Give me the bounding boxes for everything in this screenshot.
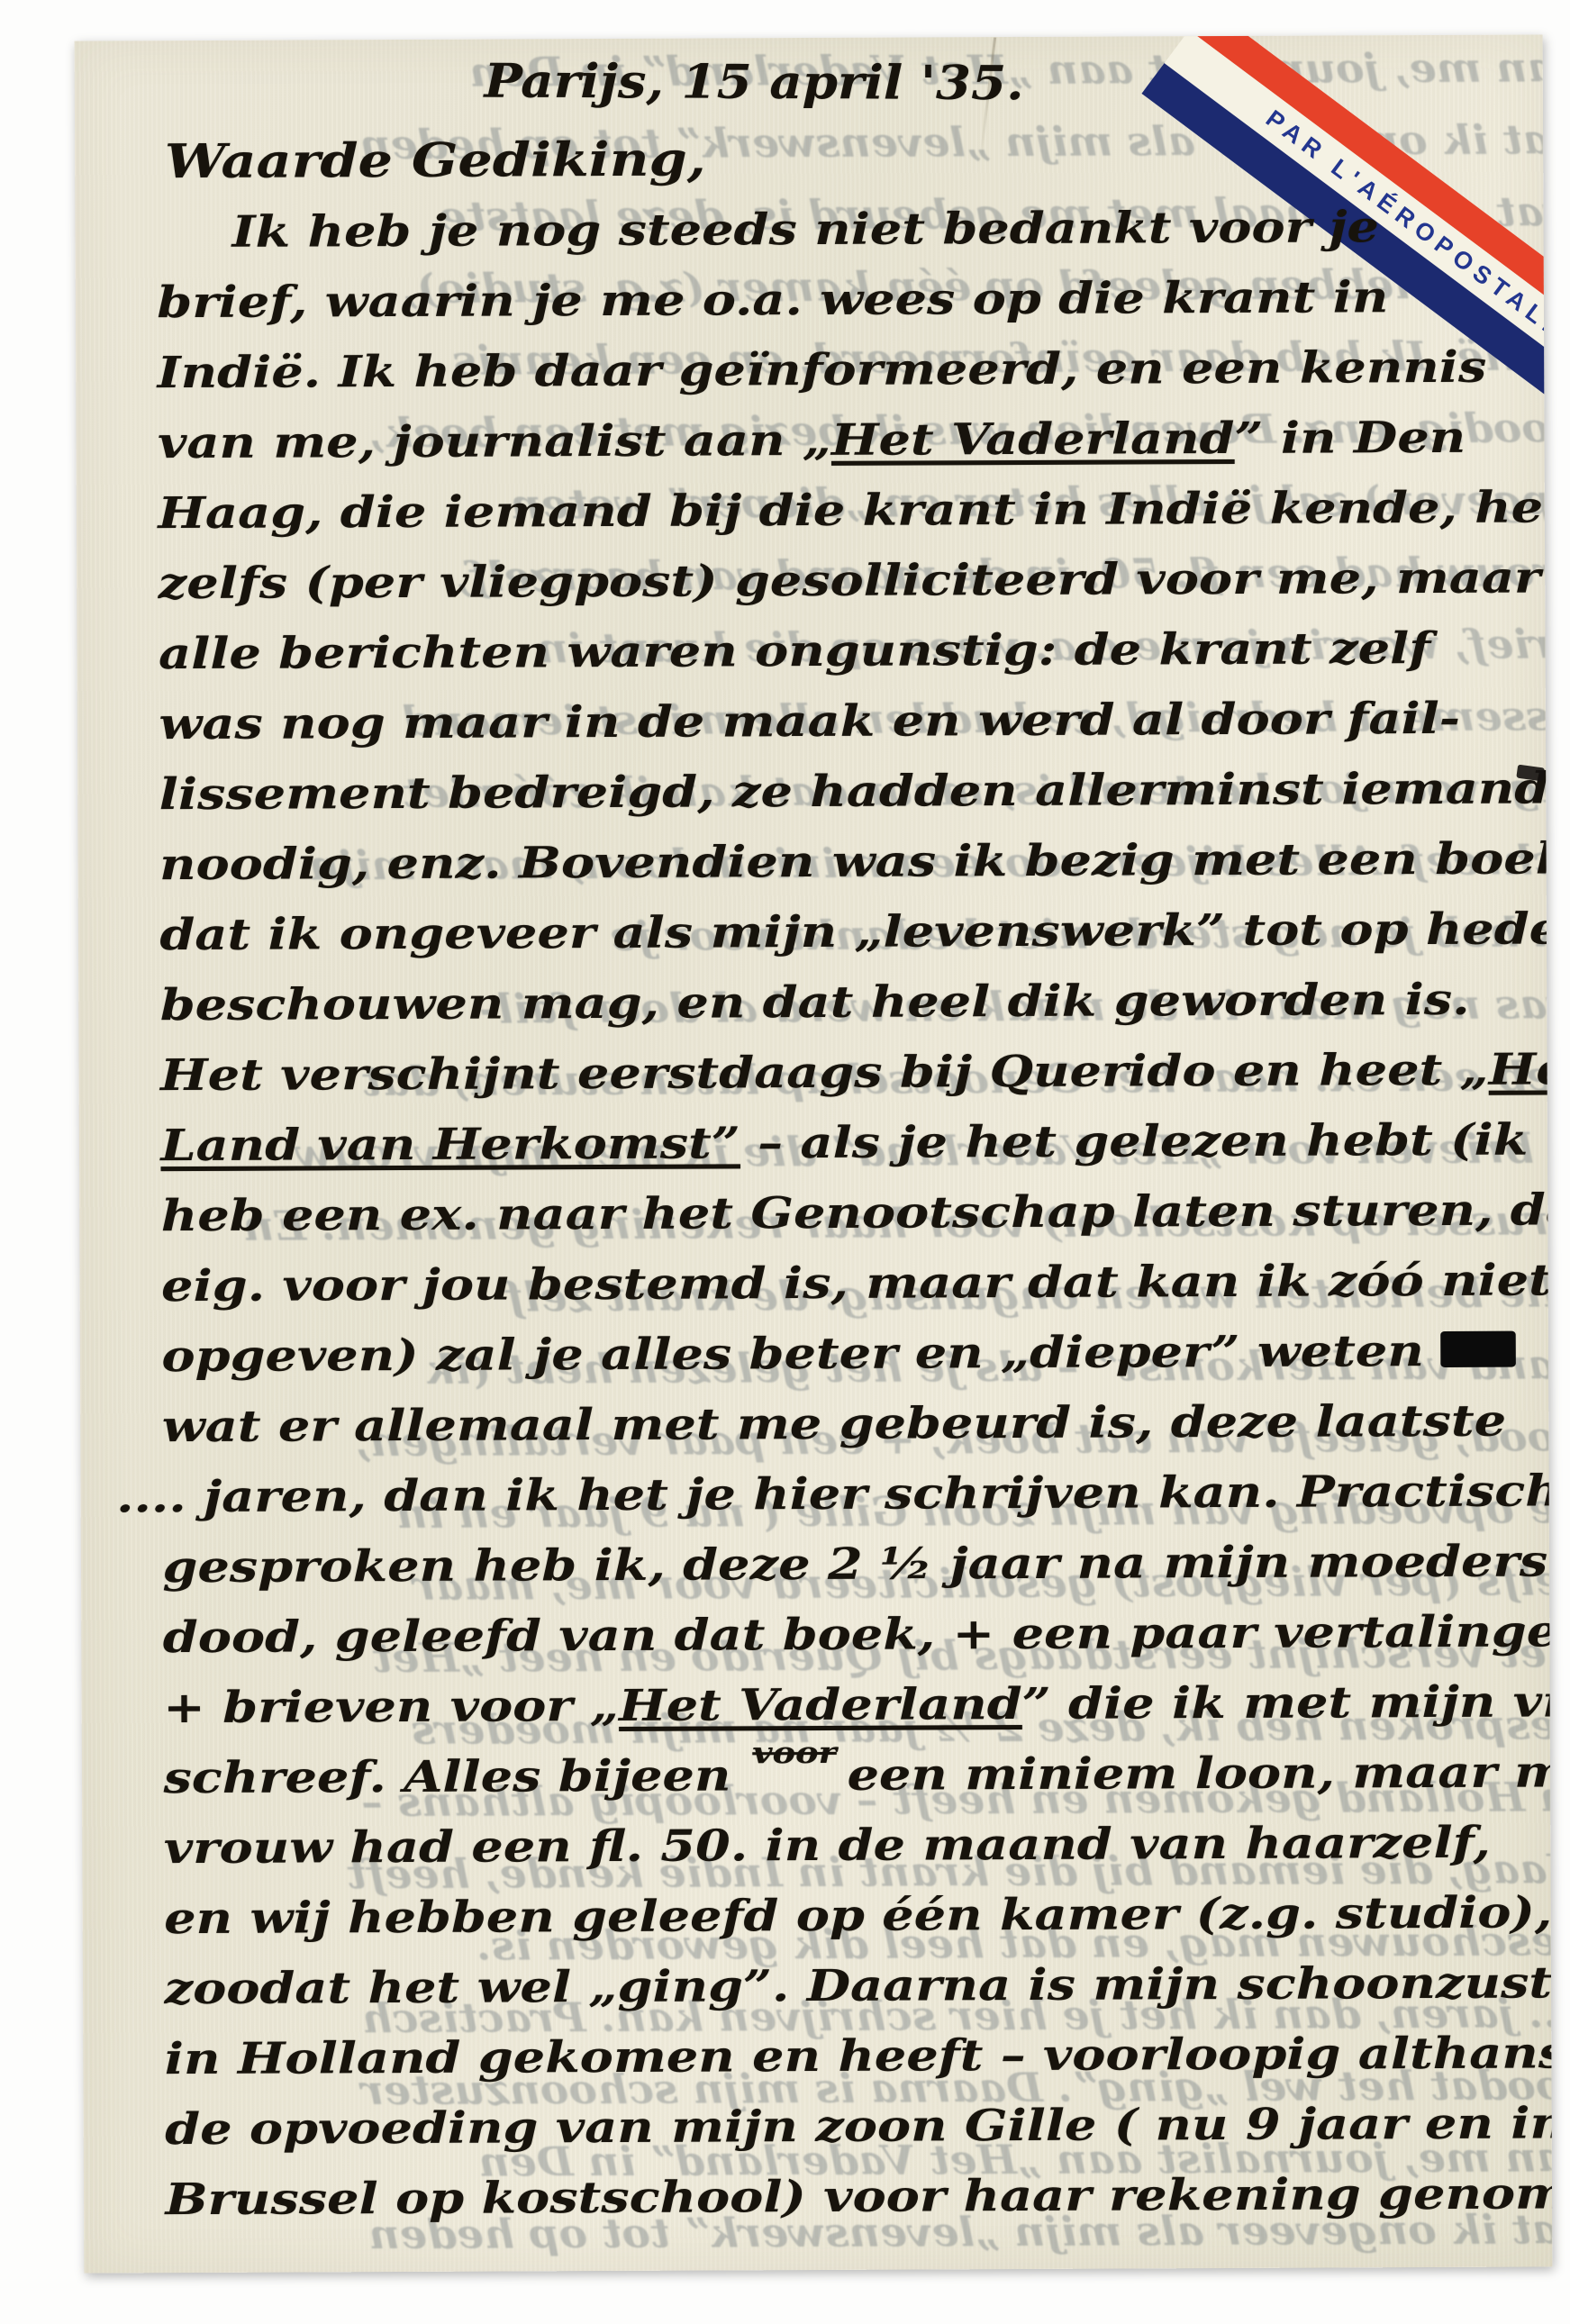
text-segment: was nog maar in de maak en werd al door … xyxy=(159,694,1460,749)
text-segment: schreef. Alles bijeen xyxy=(163,1750,749,1803)
letter-line: alle berichten waren ongunstig: de krant… xyxy=(77,612,1552,689)
letter-line: beschouwen mag, en dat heel dik geworden… xyxy=(78,963,1552,1040)
letter-line: zelfs (per vliegpost) gesolliciteerd voo… xyxy=(77,541,1552,619)
letter-line: de opvoeding van mijn zoon Gille ( nu 9 … xyxy=(84,2087,1553,2165)
letter-line: wat er allemaal met me gebeurd is, deze … xyxy=(80,1384,1552,1462)
letter-line: vrouw had een fl. 50. in de maand van ha… xyxy=(82,1806,1552,1884)
text-segment: heb een ex. naar het Genootschap laten s… xyxy=(161,1185,1553,1241)
text-segment: zelfs (per vliegpost) gesolliciteerd voo… xyxy=(159,552,1541,609)
letter-line: van me, journalist aan „Het Vaderland” i… xyxy=(76,401,1552,478)
text-segment: .... jaren, dan ik het je hier schrijven… xyxy=(116,1466,1552,1522)
text-segment: gesproken heb ik, deze 2 ½ jaar na mijn … xyxy=(162,1536,1547,1593)
underlined-title: Het Vaderland xyxy=(831,413,1235,466)
letter-line: dood, geleefd van dat boek, + een paar v… xyxy=(81,1595,1552,1673)
redaction-mark xyxy=(1440,1330,1516,1366)
text-segment: Brussel op kostschool) voor haar rekenin… xyxy=(165,2167,1552,2225)
text-segment: de opvoeding van mijn zoon Gille ( nu 9 … xyxy=(165,2098,1552,2155)
letter-line: was nog maar in de maak en werd al door … xyxy=(77,682,1553,759)
text-segment: alle berichten waren ongunstig: de krant… xyxy=(159,623,1430,679)
text-segment: – als je het gelezen hebt (ik xyxy=(740,1115,1529,1169)
letter-line: Ik heb je nog steeds niet bedankt voor j… xyxy=(75,190,1552,268)
letter-line: gesproken heb ik, deze 2 ½ jaar na mijn … xyxy=(81,1525,1553,1602)
letter-paper: van me, journalist aan „Het Vaderland” i… xyxy=(75,34,1553,2273)
text-segment: zoodat het wel „ging”. Daarna is mijn sc… xyxy=(164,1957,1552,2014)
letter-line: .... jaren, dan ik het je hier schrijven… xyxy=(80,1455,1552,1532)
text-segment: dat ik ongeveer als mijn „levenswerk” to… xyxy=(159,903,1552,960)
text-segment: Haag, die iemand bij die krant in Indië … xyxy=(158,482,1552,539)
letter-line: Het verschijnt eerstdaags bij Querido en… xyxy=(78,1033,1552,1111)
letter-line: lissement bedreigd, ze hadden allerminst… xyxy=(77,752,1552,830)
letter-line: zoodat het wel „ging”. Daarna is mijn sc… xyxy=(83,1947,1553,2024)
text-segment: ” die ik met mijn vrouw xyxy=(1022,1676,1553,1729)
text-segment: ” in Den xyxy=(1234,413,1466,464)
letter-line: heb een ex. naar het Genootschap laten s… xyxy=(79,1174,1552,1251)
letter-line: Brussel op kostschool) voor haar rekenin… xyxy=(84,2157,1553,2235)
text-segment: lissement bedreigd, ze hadden allerminst… xyxy=(159,763,1550,820)
text-segment: opgeven) zal je alles beter en „dieper” … xyxy=(161,1326,1424,1382)
scan-background: van me, journalist aan „Het Vaderland” i… xyxy=(0,0,1570,2324)
text-segment: Indië. Ik heb daar geïnformeerd, en een … xyxy=(158,342,1487,398)
letter-line: eig. voor jou bestemd is, maar dat kan i… xyxy=(79,1244,1552,1321)
text-segment: beschouwen mag, en dat heel dik geworden… xyxy=(160,975,1470,1030)
underlined-title: Het xyxy=(1489,1044,1553,1094)
text-segment: in Holland gekomen en heeft – voorloopig… xyxy=(165,2028,1553,2084)
letter-line: brief, waarin je me o.a. wees op die kra… xyxy=(76,260,1553,338)
letter-line: in Holland gekomen en heeft – voorloopig… xyxy=(83,2017,1552,2094)
date-line: Parijs, 15 april '35. xyxy=(484,54,1023,112)
text-segment: + brieven voor „ xyxy=(163,1681,619,1733)
letter-body: Waarde Gediking, Ik heb je nog steeds ni… xyxy=(75,121,1552,2235)
text-segment: vrouw had een fl. 50. in de maand van ha… xyxy=(164,1818,1491,1874)
letter-line: dat ik ongeveer als mijn „levenswerk” to… xyxy=(78,893,1553,970)
text-segment: Ik heb je nog steeds niet bedankt voor j… xyxy=(231,202,1379,258)
text-segment: dood, geleefd van dat boek, + een paar v… xyxy=(163,1606,1553,1663)
text-segment: wat er allemaal met me gebeurd is, deze … xyxy=(162,1396,1506,1453)
text-segment: noodig, enz. Bovendien was ik bezig met … xyxy=(159,833,1552,890)
letter-line: opgeven) zal je alles beter en „dieper” … xyxy=(80,1314,1553,1392)
text-segment: van me, journalist aan „ xyxy=(158,415,831,468)
text-segment: en wij hebben geleefd op één kamer (z.g.… xyxy=(164,1887,1552,1944)
ink-layer: Parijs, 15 april '35. Waarde Gediking, I… xyxy=(75,34,1553,2273)
inserted-word: voor xyxy=(752,1718,837,1788)
letter-line: Indië. Ik heb daar geïnformeerd, en een … xyxy=(76,331,1552,408)
salutation: Waarde Gediking, xyxy=(75,120,1552,197)
text-segment: een miniem loon, maar mijn xyxy=(847,1747,1552,1801)
letter-line: schreef. Alles bijeen vooreen miniem loo… xyxy=(82,1736,1553,1813)
letter-line: Land van Herkomst” – als je het gelezen … xyxy=(79,1103,1553,1181)
text-segment: Het verschijnt eerstdaags bij Querido en… xyxy=(160,1045,1489,1101)
text-segment: eig. voor jou bestemd is, maar dat kan i… xyxy=(161,1255,1552,1312)
text-segment: brief, waarin je me o.a. wees op die kra… xyxy=(157,272,1388,328)
underlined-title: Land van Herkomst” xyxy=(160,1118,740,1171)
letter-line: en wij hebben geleefd op één kamer (z.g.… xyxy=(83,1876,1553,1954)
letter-line: Haag, die iemand bij die krant in Indië … xyxy=(77,471,1553,549)
letter-line: noodig, enz. Bovendien was ik bezig met … xyxy=(77,822,1552,900)
